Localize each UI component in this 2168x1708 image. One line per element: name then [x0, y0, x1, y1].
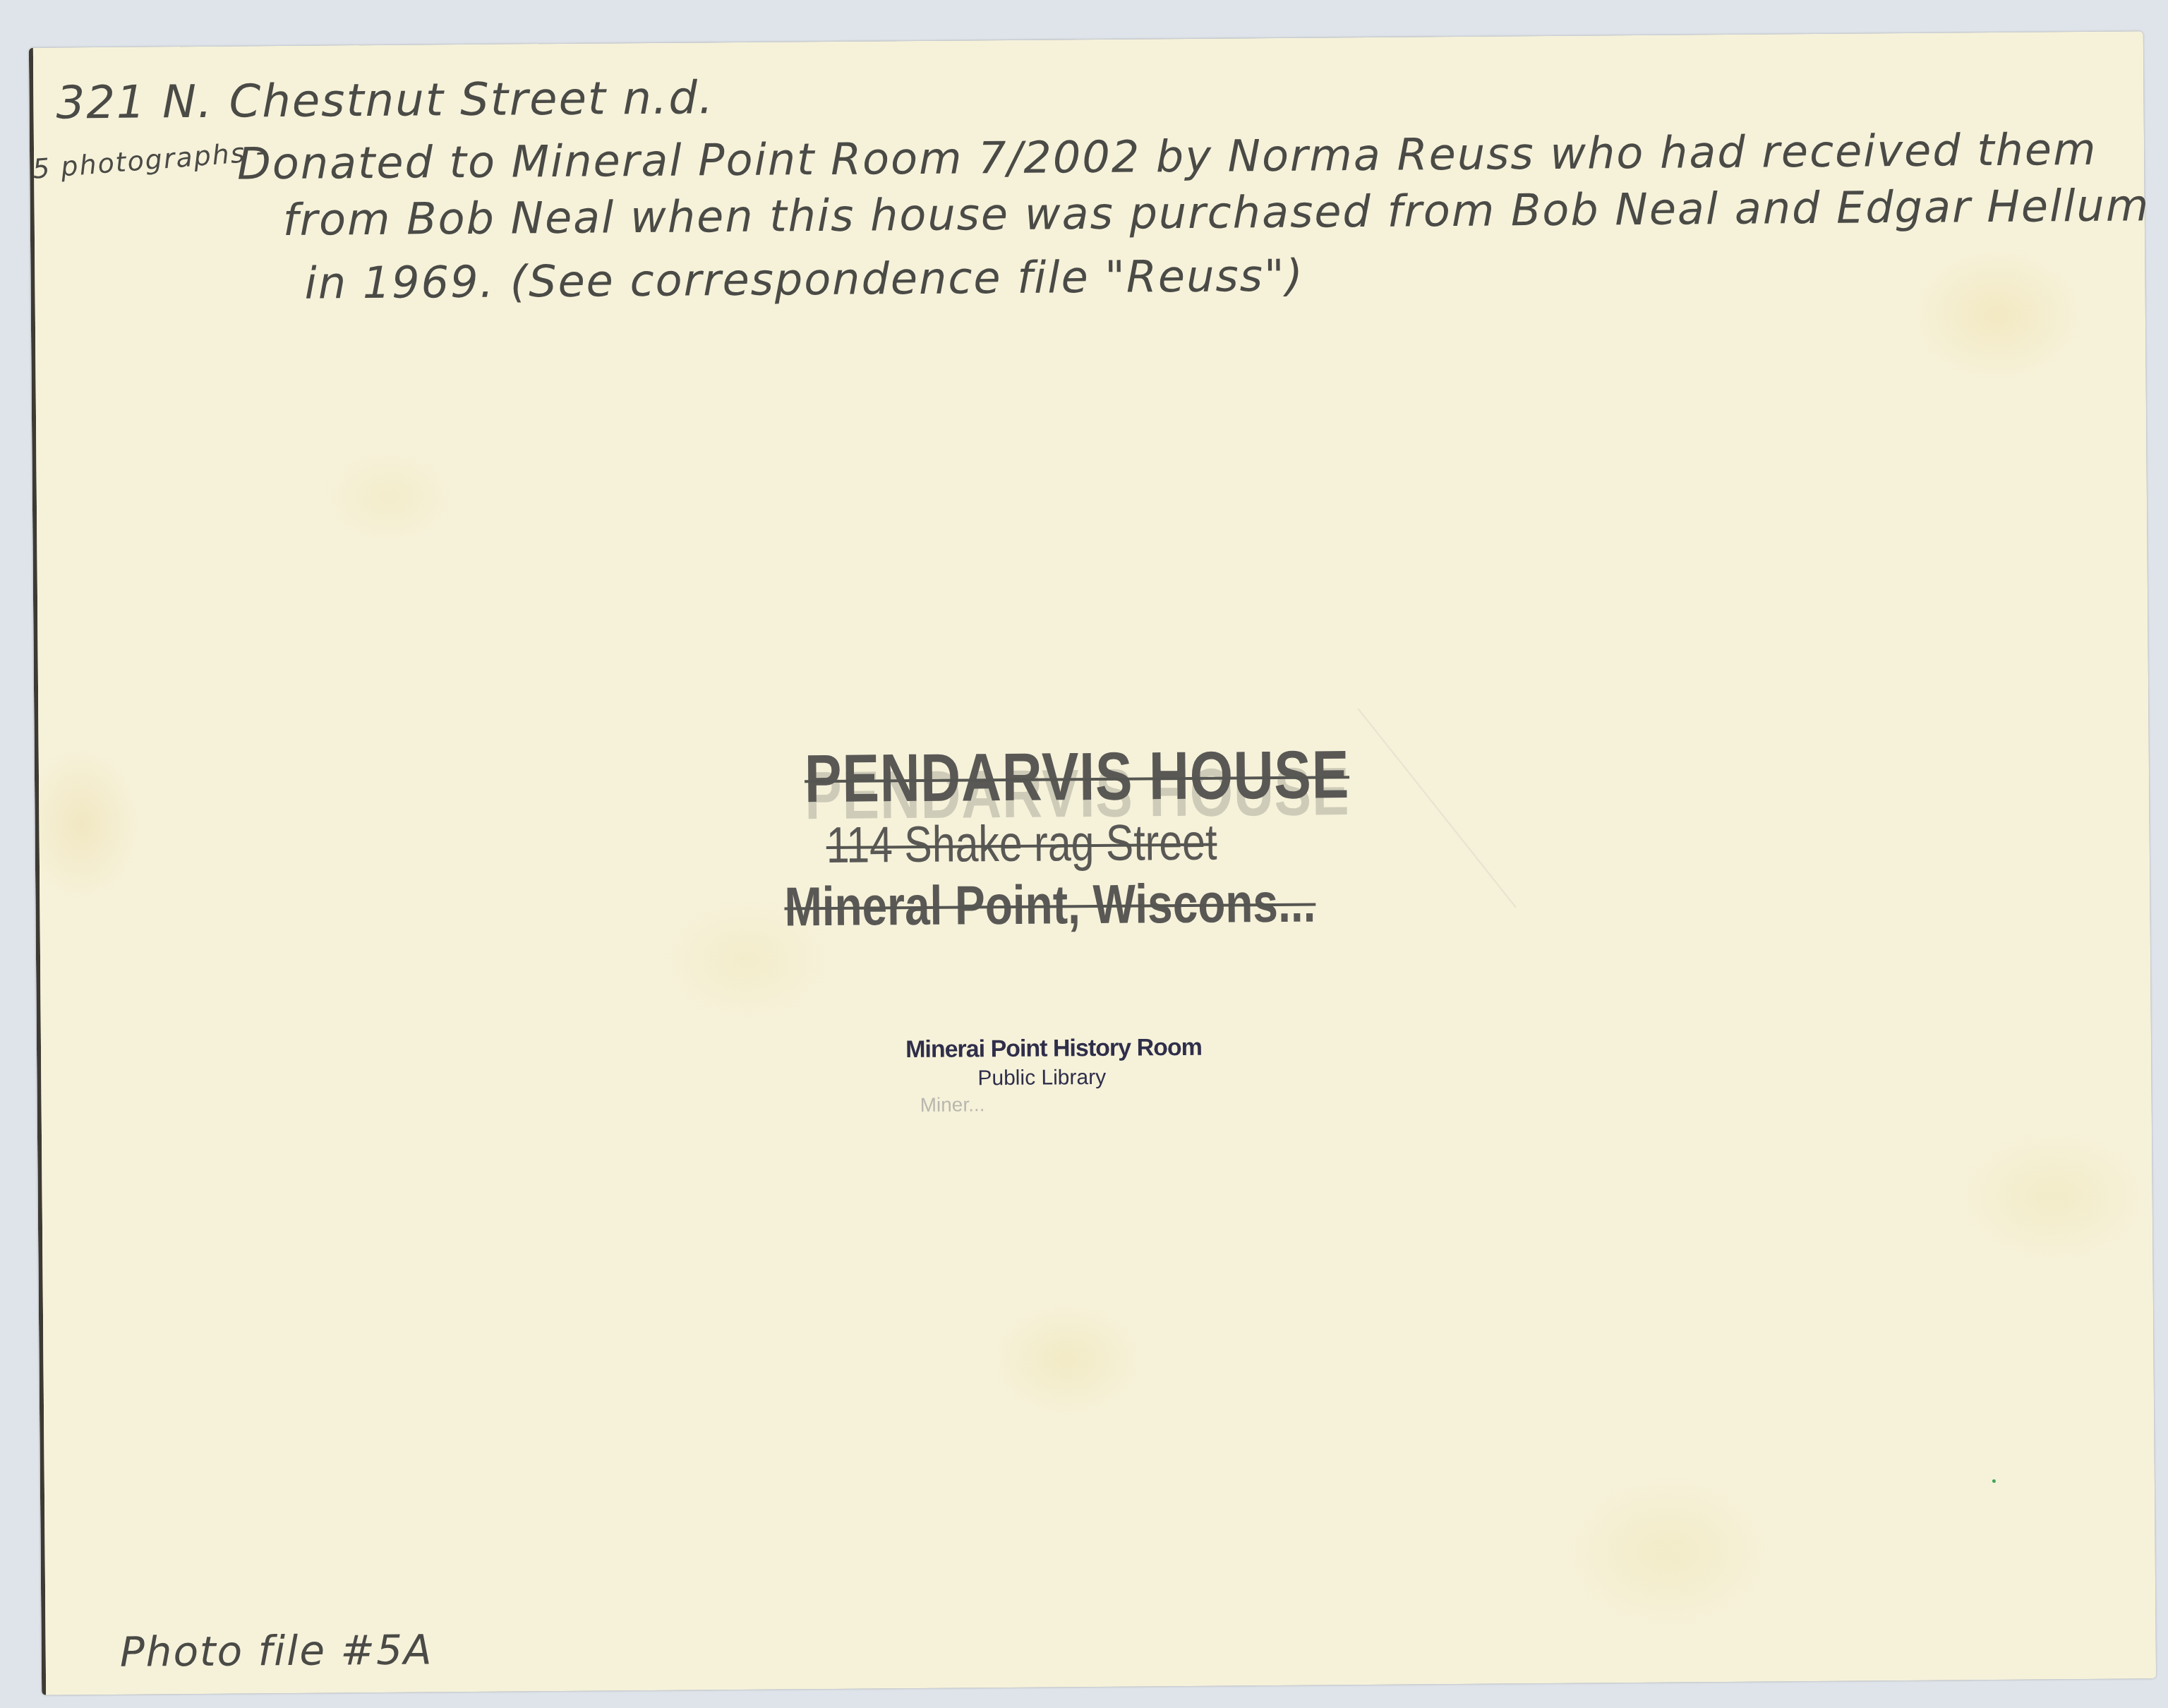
library-stamp-faint-line: Miner...	[920, 1093, 985, 1117]
ink-speck	[1992, 1479, 1996, 1483]
address-heading: 321 N. Chestnut Street n.d.	[56, 72, 714, 129]
library-stamp-name: Minerai Point History Room	[905, 1034, 1202, 1064]
donation-note-line-3: in 1969. (See correspondence file "Reuss…	[304, 250, 1304, 309]
photo-count-note: 5 photographs -	[32, 136, 268, 185]
stamp-name: PENDARVIS HOUSE	[805, 736, 1350, 818]
donation-note-line-1: Donated to Mineral Point Room 7/2002 by …	[237, 124, 2097, 190]
photo-back-paper: 321 N. Chestnut Street n.d. 5 photograph…	[29, 31, 2156, 1695]
stamp-city: Mineral Point, Wiscons...	[784, 871, 1316, 939]
stamp-street: 114 Shake rag Street	[826, 814, 1217, 874]
history-room-stamp: Minerai Point History Room Public Librar…	[905, 1033, 1245, 1128]
donation-note-line-2: from Bob Neal when this house was purcha…	[283, 179, 2150, 246]
pendarvis-house-stamp: PENDARVIS HOUSE PENDARVIS HOUSE 114 Shak…	[783, 737, 1293, 953]
paper-crease	[1358, 708, 1517, 908]
photo-file-number: Photo file #5A	[119, 1625, 433, 1676]
library-stamp-subtitle: Public Library	[977, 1066, 1106, 1090]
